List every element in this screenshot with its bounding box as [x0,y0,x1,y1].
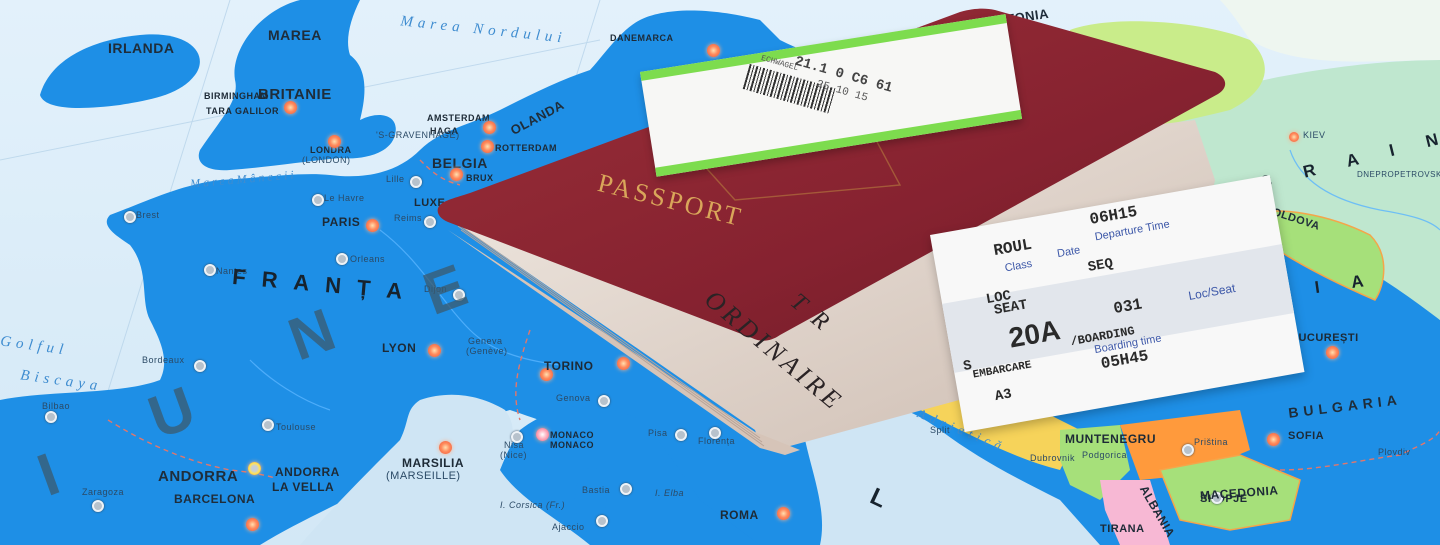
flight-code: ROUL [992,236,1033,260]
photo-scene: IRLANDA MAREA BRITANIE BIRMINGHAM TARA G… [0,0,1440,545]
class-label: Class [1004,258,1033,275]
gate: A3 [994,386,1013,405]
seq-label: SEQ [1087,256,1115,276]
date-label: Date [1056,244,1081,260]
